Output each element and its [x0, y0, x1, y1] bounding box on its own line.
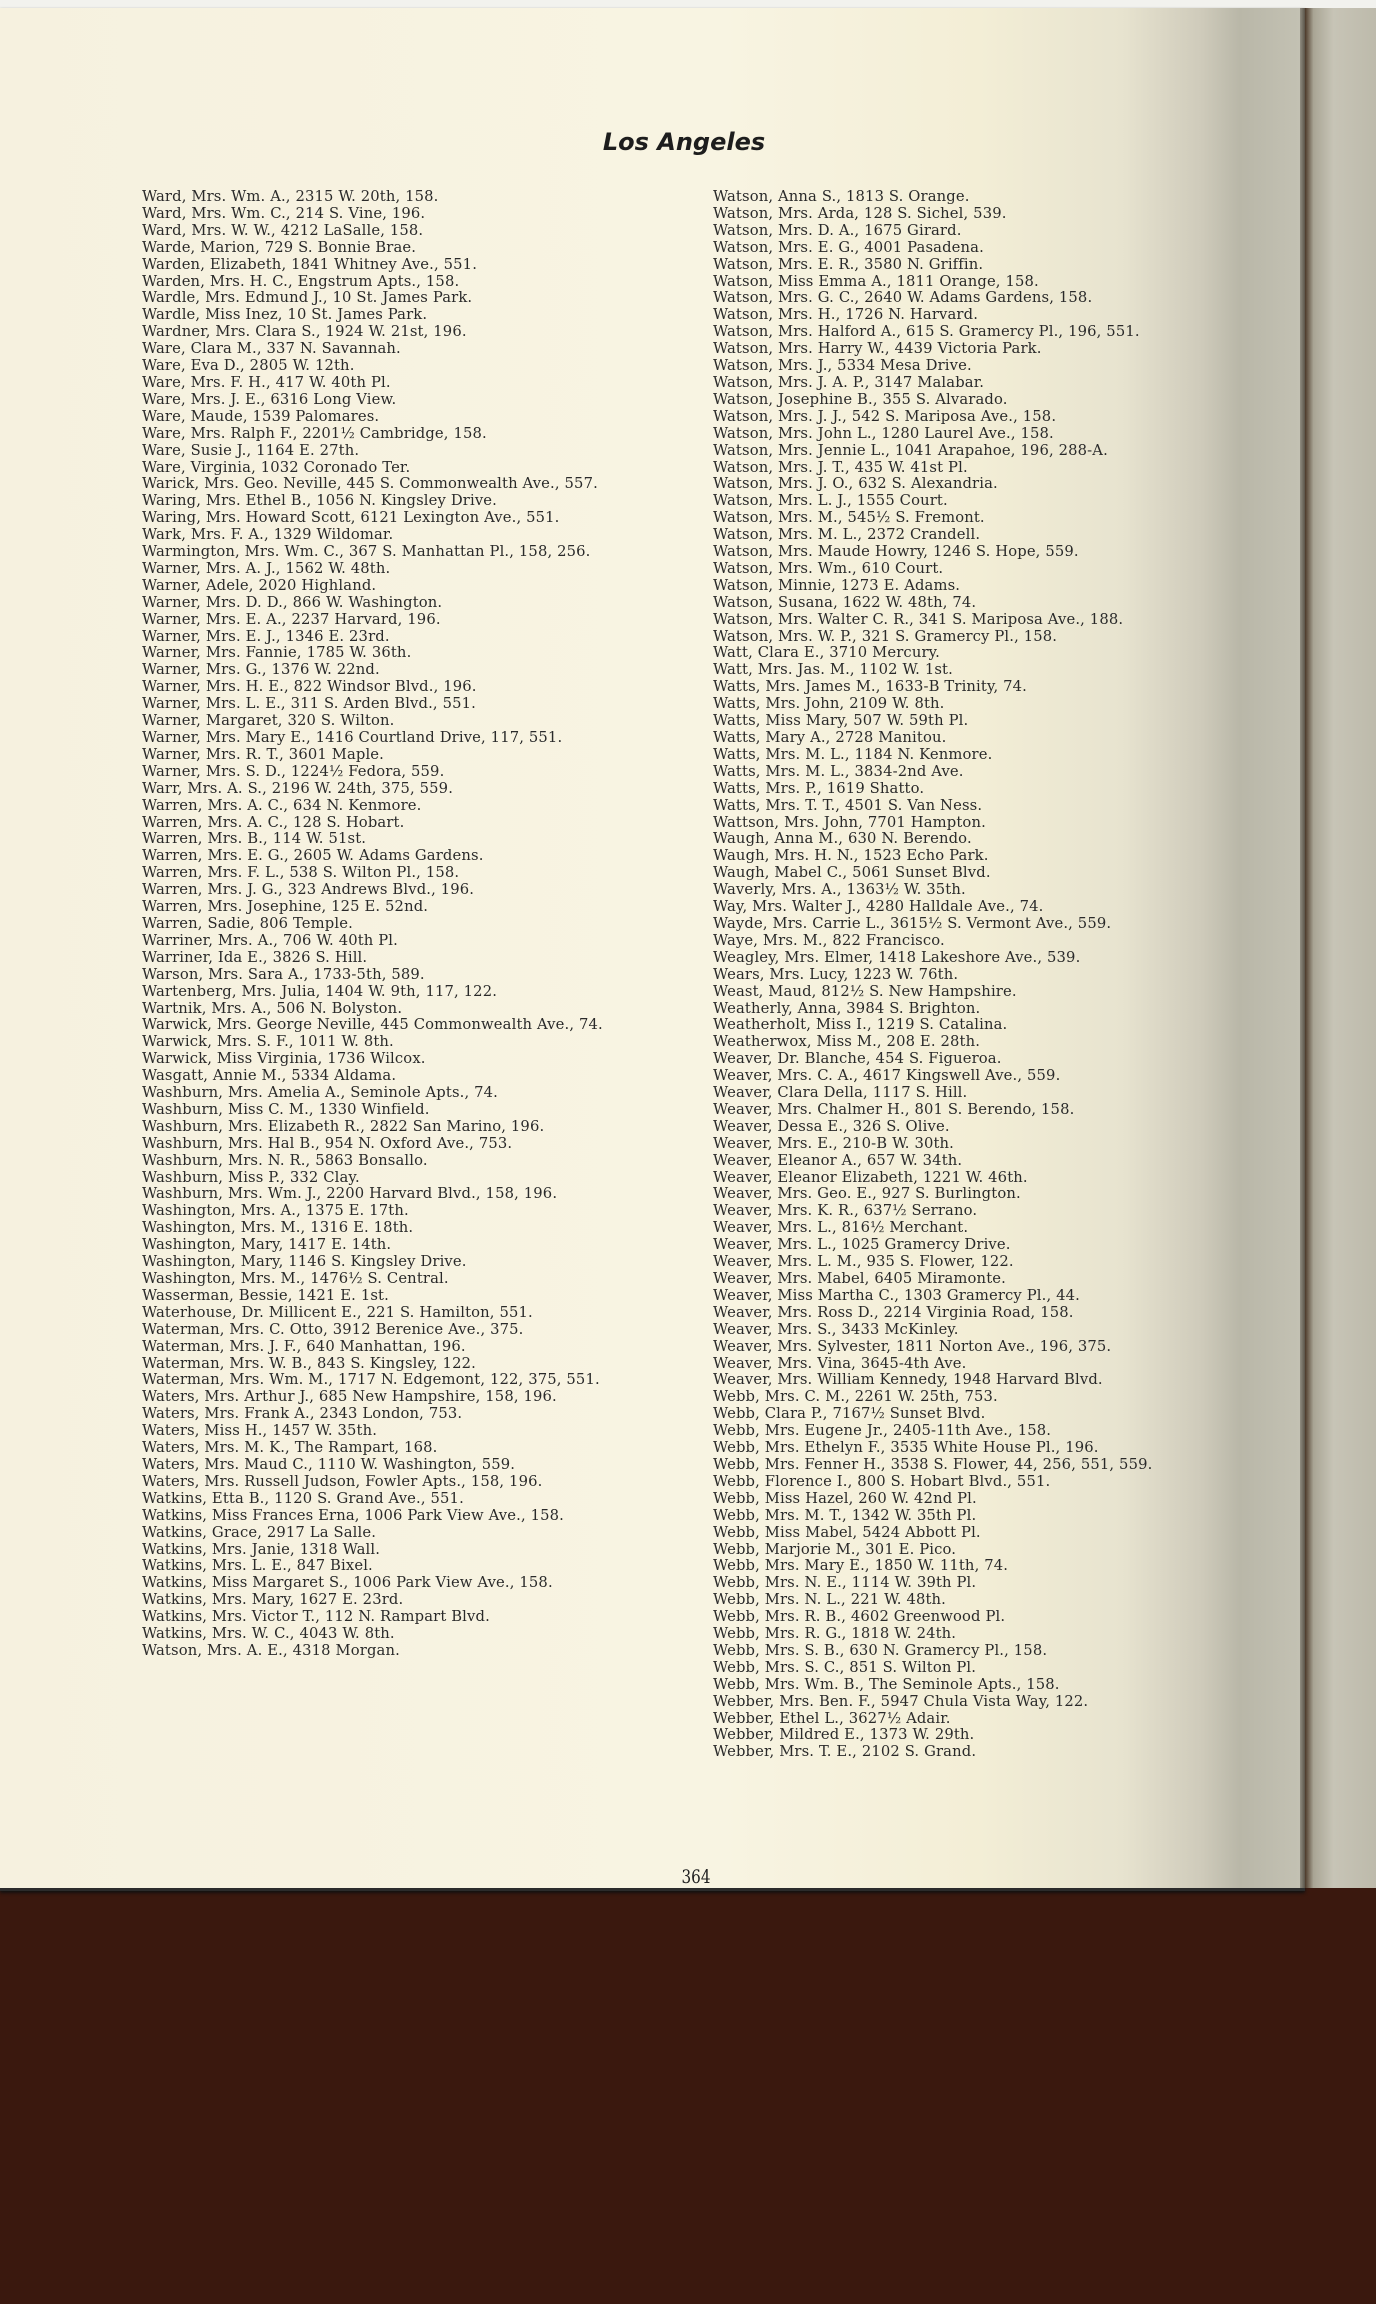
- directory-entry: Watson, Mrs. J. J., 542 S. Mariposa Ave.…: [713, 408, 1281, 425]
- directory-entry: Wardner, Mrs. Clara S., 1924 W. 21st, 19…: [142, 323, 691, 340]
- directory-entry: Way, Mrs. Walter J., 4280 Halldale Ave.,…: [713, 898, 1281, 915]
- directory-entry: Webb, Mrs. N. E., 1114 W. 39th Pl.: [713, 1574, 1281, 1591]
- directory-entry: Waters, Mrs. Russell Judson, Fowler Apts…: [142, 1473, 691, 1490]
- directory-entry: Watson, Miss Emma A., 1811 Orange, 158.: [713, 273, 1281, 290]
- directory-entry: Weaver, Mrs. L. M., 935 S. Flower, 122.: [713, 1253, 1281, 1270]
- directory-entry: Ware, Maude, 1539 Palomares.: [142, 408, 691, 425]
- directory-entry: Warmington, Mrs. Wm. C., 367 S. Manhatta…: [142, 543, 691, 560]
- directory-entry: Watson, Mrs. D. A., 1675 Girard.: [713, 222, 1281, 239]
- directory-entry: Warson, Mrs. Sara A., 1733-5th, 589.: [142, 966, 691, 983]
- directory-entry: Watts, Mary A., 2728 Manitou.: [713, 729, 1281, 746]
- directory-entry: Webb, Mrs. C. M., 2261 W. 25th, 753.: [713, 1388, 1281, 1405]
- facing-page-edge: [1305, 8, 1376, 1888]
- directory-entry: Webb, Mrs. Eugene Jr., 2405-11th Ave., 1…: [713, 1422, 1281, 1439]
- directory-entry: Webb, Mrs. S. C., 851 S. Wilton Pl.: [713, 1659, 1281, 1676]
- directory-entry: Warner, Mrs. G., 1376 W. 22nd.: [142, 661, 691, 678]
- directory-entry: Wasserman, Bessie, 1421 E. 1st.: [142, 1287, 691, 1304]
- directory-entry: Watkins, Grace, 2917 La Salle.: [142, 1524, 691, 1541]
- directory-entry: Warner, Mrs. Fannie, 1785 W. 36th.: [142, 644, 691, 661]
- directory-entry: Weaver, Mrs. Sylvester, 1811 Norton Ave.…: [713, 1338, 1281, 1355]
- directory-entry: Weaver, Clara Della, 1117 S. Hill.: [713, 1084, 1281, 1101]
- directory-entry: Watson, Mrs. Arda, 128 S. Sichel, 539.: [713, 205, 1281, 222]
- directory-entry: Watson, Mrs. Walter C. R., 341 S. Maripo…: [713, 611, 1281, 628]
- directory-entry: Webb, Mrs. M. T., 1342 W. 35th Pl.: [713, 1507, 1281, 1524]
- directory-entry: Wasgatt, Annie M., 5334 Aldama.: [142, 1067, 691, 1084]
- directory-entry: Watkins, Miss Margaret S., 1006 Park Vie…: [142, 1574, 691, 1591]
- directory-entry: Ware, Clara M., 337 N. Savannah.: [142, 340, 691, 357]
- directory-entry: Waterman, Mrs. C. Otto, 3912 Berenice Av…: [142, 1321, 691, 1338]
- directory-entry: Webb, Mrs. Wm. B., The Seminole Apts., 1…: [713, 1676, 1281, 1693]
- directory-entry: Watkins, Mrs. Janie, 1318 Wall.: [142, 1541, 691, 1558]
- directory-entry: Weaver, Mrs. Geo. E., 927 S. Burlington.: [713, 1185, 1281, 1202]
- directory-entry: Washington, Mrs. M., 1316 E. 18th.: [142, 1219, 691, 1236]
- directory-entry: Watson, Josephine B., 355 S. Alvarado.: [713, 391, 1281, 408]
- directory-entry: Webber, Mildred E., 1373 W. 29th.: [713, 1726, 1281, 1743]
- directory-entry: Watson, Mrs. G. C., 2640 W. Adams Garden…: [713, 289, 1281, 306]
- directory-entry: Webber, Mrs. Ben. F., 5947 Chula Vista W…: [713, 1693, 1281, 1710]
- directory-entry: Waye, Mrs. M., 822 Francisco.: [713, 932, 1281, 949]
- directory-entry: Warwick, Mrs. George Neville, 445 Common…: [142, 1016, 691, 1033]
- directory-entry: Waters, Mrs. Arthur J., 685 New Hampshir…: [142, 1388, 691, 1405]
- directory-entry: Webb, Mrs. Ethelyn F., 3535 White House …: [713, 1439, 1281, 1456]
- directory-entry: Watson, Mrs. Wm., 610 Court.: [713, 560, 1281, 577]
- directory-entry: Webb, Mrs. Fenner H., 3538 S. Flower, 44…: [713, 1456, 1281, 1473]
- directory-entry: Weaver, Dr. Blanche, 454 S. Figueroa.: [713, 1050, 1281, 1067]
- directory-entry: Washington, Mary, 1146 S. Kingsley Drive…: [142, 1253, 691, 1270]
- directory-entry: Weaver, Mrs. L., 1025 Gramercy Drive.: [713, 1236, 1281, 1253]
- directory-entry: Weaver, Mrs. Mabel, 6405 Miramonte.: [713, 1270, 1281, 1287]
- directory-entry: Ward, Mrs. W. W., 4212 LaSalle, 158.: [142, 222, 691, 239]
- directory-entry: Watts, Miss Mary, 507 W. 59th Pl.: [713, 712, 1281, 729]
- directory-entry: Washburn, Mrs. Amelia A., Seminole Apts.…: [142, 1084, 691, 1101]
- directory-entry: Washburn, Mrs. N. R., 5863 Bonsallo.: [142, 1152, 691, 1169]
- directory-entry: Warren, Mrs. A. C., 128 S. Hobart.: [142, 814, 691, 831]
- directory-entry: Weatherly, Anna, 3984 S. Brighton.: [713, 1000, 1281, 1017]
- directory-entry: Wattson, Mrs. John, 7701 Hampton.: [713, 814, 1281, 831]
- directory-entry: Watson, Mrs. Jennie L., 1041 Arapahoe, 1…: [713, 442, 1281, 459]
- directory-entry: Washington, Mrs. A., 1375 E. 17th.: [142, 1202, 691, 1219]
- directory-entry: Weaver, Mrs. E., 210-B W. 30th.: [713, 1135, 1281, 1152]
- directory-entry: Webb, Marjorie M., 301 E. Pico.: [713, 1541, 1281, 1558]
- directory-entry: Wayde, Mrs. Carrie L., 3615½ S. Vermont …: [713, 915, 1281, 932]
- directory-entry: Watson, Mrs. J. A. P., 3147 Malabar.: [713, 374, 1281, 391]
- directory-entry: Warriner, Ida E., 3826 S. Hill.: [142, 949, 691, 966]
- directory-entry: Washburn, Miss P., 332 Clay.: [142, 1169, 691, 1186]
- directory-entry: Ware, Mrs. F. H., 417 W. 40th Pl.: [142, 374, 691, 391]
- directory-entry: Waterman, Mrs. Wm. M., 1717 N. Edgemont,…: [142, 1371, 691, 1388]
- directory-entry: Webb, Mrs. S. B., 630 N. Gramercy Pl., 1…: [713, 1642, 1281, 1659]
- directory-entry: Warren, Mrs. F. L., 538 S. Wilton Pl., 1…: [142, 864, 691, 881]
- directory-entry: Watts, Mrs. James M., 1633-B Trinity, 74…: [713, 678, 1281, 695]
- directory-entry: Weaver, Mrs. C. A., 4617 Kingswell Ave.,…: [713, 1067, 1281, 1084]
- directory-entry: Weaver, Mrs. Chalmer H., 801 S. Berendo,…: [713, 1101, 1281, 1118]
- directory-entry: Watson, Mrs. H., 1726 N. Harvard.: [713, 306, 1281, 323]
- directory-entry: Warner, Mrs. E. J., 1346 E. 23rd.: [142, 628, 691, 645]
- directory-entry: Watts, Mrs. T. T., 4501 S. Van Ness.: [713, 797, 1281, 814]
- left-column: Ward, Mrs. Wm. A., 2315 W. 20th, 158.War…: [142, 188, 712, 1659]
- directory-entry: Watson, Mrs. M. L., 2372 Crandell.: [713, 526, 1281, 543]
- directory-entry: Wardle, Mrs. Edmund J., 10 St. James Par…: [142, 289, 691, 306]
- directory-entry: Washington, Mary, 1417 E. 14th.: [142, 1236, 691, 1253]
- directory-entry: Watts, Mrs. P., 1619 Shatto.: [713, 780, 1281, 797]
- directory-entry: Warner, Adele, 2020 Highland.: [142, 577, 691, 594]
- directory-entry: Waverly, Mrs. A., 1363½ W. 35th.: [713, 881, 1281, 898]
- directory-entry: Webb, Mrs. R. G., 1818 W. 24th.: [713, 1625, 1281, 1642]
- directory-entry: Warick, Mrs. Geo. Neville, 445 S. Common…: [142, 475, 691, 492]
- directory-entry: Waters, Mrs. M. K., The Rampart, 168.: [142, 1439, 691, 1456]
- directory-entry: Watts, Mrs. M. L., 3834-2nd Ave.: [713, 763, 1281, 780]
- directory-entry: Waterman, Mrs. J. F., 640 Manhattan, 196…: [142, 1338, 691, 1355]
- page-header: Los Angeles: [0, 128, 1376, 156]
- directory-entry: Watkins, Mrs. Mary, 1627 E. 23rd.: [142, 1591, 691, 1608]
- directory-entry: Watson, Mrs. A. E., 4318 Morgan.: [142, 1642, 691, 1659]
- directory-entry: Waring, Mrs. Howard Scott, 6121 Lexingto…: [142, 509, 691, 526]
- directory-entry: Warner, Mrs. H. E., 822 Windsor Blvd., 1…: [142, 678, 691, 695]
- directory-entry: Warren, Mrs. Josephine, 125 E. 52nd.: [142, 898, 691, 915]
- directory-entry: Weaver, Mrs. Vina, 3645-4th Ave.: [713, 1355, 1281, 1372]
- directory-entry: Webb, Miss Mabel, 5424 Abbott Pl.: [713, 1524, 1281, 1541]
- directory-entry: Ward, Mrs. Wm. A., 2315 W. 20th, 158.: [142, 188, 691, 205]
- directory-entry: Watson, Mrs. E. G., 4001 Pasadena.: [713, 239, 1281, 256]
- directory-entry: Warner, Mrs. D. D., 866 W. Washington.: [142, 594, 691, 611]
- directory-entry: Watson, Mrs. Maude Howry, 1246 S. Hope, …: [713, 543, 1281, 560]
- directory-entry: Weaver, Mrs. K. R., 637½ Serrano.: [713, 1202, 1281, 1219]
- directory-entry: Watts, Mrs. M. L., 1184 N. Kenmore.: [713, 746, 1281, 763]
- directory-entry: Watson, Mrs. L. J., 1555 Court.: [713, 492, 1281, 509]
- directory-entry: Wartnik, Mrs. A., 506 N. Bolyston.: [142, 1000, 691, 1017]
- directory-entry: Washburn, Miss C. M., 1330 Winfield.: [142, 1101, 691, 1118]
- directory-entry: Watson, Mrs. Harry W., 4439 Victoria Par…: [713, 340, 1281, 357]
- directory-entry: Weaver, Eleanor Elizabeth, 1221 W. 46th.: [713, 1169, 1281, 1186]
- directory-entry: Watson, Mrs. J. T., 435 W. 41st Pl.: [713, 459, 1281, 476]
- directory-entry: Webb, Mrs. N. L., 221 W. 48th.: [713, 1591, 1281, 1608]
- directory-entry: Webb, Mrs. R. B., 4602 Greenwood Pl.: [713, 1608, 1281, 1625]
- directory-entry: Weaver, Mrs. S., 3433 McKinley.: [713, 1321, 1281, 1338]
- directory-entry: Warner, Mrs. S. D., 1224½ Fedora, 559.: [142, 763, 691, 780]
- directory-entry: Wartenberg, Mrs. Julia, 1404 W. 9th, 117…: [142, 983, 691, 1000]
- directory-entry: Weaver, Mrs. Ross D., 2214 Virginia Road…: [713, 1304, 1281, 1321]
- directory-entry: Warden, Elizabeth, 1841 Whitney Ave., 55…: [142, 256, 691, 273]
- directory-entry: Washburn, Mrs. Elizabeth R., 2822 San Ma…: [142, 1118, 691, 1135]
- directory-entry: Weagley, Mrs. Elmer, 1418 Lakeshore Ave.…: [713, 949, 1281, 966]
- directory-entry: Waugh, Mabel C., 5061 Sunset Blvd.: [713, 864, 1281, 881]
- directory-entry: Warren, Mrs. A. C., 634 N. Kenmore.: [142, 797, 691, 814]
- directory-entry: Watkins, Mrs. W. C., 4043 W. 8th.: [142, 1625, 691, 1642]
- directory-entry: Weaver, Dessa E., 326 S. Olive.: [713, 1118, 1281, 1135]
- directory-entry: Weaver, Mrs. L., 816½ Merchant.: [713, 1219, 1281, 1236]
- directory-entry: Waters, Mrs. Maud C., 1110 W. Washington…: [142, 1456, 691, 1473]
- right-column: Watson, Anna S., 1813 S. Orange.Watson, …: [713, 188, 1283, 1760]
- directory-entry: Waterhouse, Dr. Millicent E., 221 S. Ham…: [142, 1304, 691, 1321]
- directory-entry: Watson, Mrs. J. O., 632 S. Alexandria.: [713, 475, 1281, 492]
- directory-entry: Watson, Anna S., 1813 S. Orange.: [713, 188, 1281, 205]
- directory-entry: Watkins, Etta B., 1120 S. Grand Ave., 55…: [142, 1490, 691, 1507]
- directory-entry: Watkins, Mrs. Victor T., 112 N. Rampart …: [142, 1608, 691, 1625]
- directory-entry: Warr, Mrs. A. S., 2196 W. 24th, 375, 559…: [142, 780, 691, 797]
- directory-entry: Warren, Sadie, 806 Temple.: [142, 915, 691, 932]
- directory-entry: Weaver, Eleanor A., 657 W. 34th.: [713, 1152, 1281, 1169]
- directory-entry: Washburn, Mrs. Hal B., 954 N. Oxford Ave…: [142, 1135, 691, 1152]
- directory-entry: Ward, Mrs. Wm. C., 214 S. Vine, 196.: [142, 205, 691, 222]
- directory-entry: Ware, Eva D., 2805 W. 12th.: [142, 357, 691, 374]
- directory-entry: Ware, Mrs. Ralph F., 2201½ Cambridge, 15…: [142, 425, 691, 442]
- directory-entry: Warner, Mrs. A. J., 1562 W. 48th.: [142, 560, 691, 577]
- directory-entry: Watkins, Mrs. L. E., 847 Bixel.: [142, 1557, 691, 1574]
- directory-entry: Watson, Mrs. W. P., 321 S. Gramercy Pl.,…: [713, 628, 1281, 645]
- directory-entry: Weaver, Miss Martha C., 1303 Gramercy Pl…: [713, 1287, 1281, 1304]
- directory-entry: Wears, Mrs. Lucy, 1223 W. 76th.: [713, 966, 1281, 983]
- directory-entry: Ware, Mrs. J. E., 6316 Long View.: [142, 391, 691, 408]
- directory-entry: Weatherwox, Miss M., 208 E. 28th.: [713, 1033, 1281, 1050]
- directory-entry: Watt, Clara E., 3710 Mercury.: [713, 644, 1281, 661]
- directory-entry: Weast, Maud, 812½ S. New Hampshire.: [713, 983, 1281, 1000]
- directory-entry: Watt, Mrs. Jas. M., 1102 W. 1st.: [713, 661, 1281, 678]
- directory-entry: Washington, Mrs. M., 1476½ S. Central.: [142, 1270, 691, 1287]
- directory-entry: Watson, Mrs. E. R., 3580 N. Griffin.: [713, 256, 1281, 273]
- directory-entry: Waters, Miss H., 1457 W. 35th.: [142, 1422, 691, 1439]
- page-title: Los Angeles: [603, 128, 765, 156]
- directory-entry: Warner, Mrs. E. A., 2237 Harvard, 196.: [142, 611, 691, 628]
- directory-entry: Wark, Mrs. F. A., 1329 Wildomar.: [142, 526, 691, 543]
- directory-entry: Watts, Mrs. John, 2109 W. 8th.: [713, 695, 1281, 712]
- directory-entry: Webber, Mrs. T. E., 2102 S. Grand.: [713, 1743, 1281, 1760]
- directory-entry: Webb, Miss Hazel, 260 W. 42nd Pl.: [713, 1490, 1281, 1507]
- directory-entry: Watson, Mrs. Halford A., 615 S. Gramercy…: [713, 323, 1281, 340]
- directory-entry: Watson, Susana, 1622 W. 48th, 74.: [713, 594, 1281, 611]
- directory-entry: Warner, Margaret, 320 S. Wilton.: [142, 712, 691, 729]
- directory-entry: Waterman, Mrs. W. B., 843 S. Kingsley, 1…: [142, 1355, 691, 1372]
- directory-entry: Weaver, Mrs. William Kennedy, 1948 Harva…: [713, 1371, 1281, 1388]
- directory-entry: Webb, Mrs. Mary E., 1850 W. 11th, 74.: [713, 1557, 1281, 1574]
- directory-entry: Watson, Minnie, 1273 E. Adams.: [713, 577, 1281, 594]
- directory-entry: Waring, Mrs. Ethel B., 1056 N. Kingsley …: [142, 492, 691, 509]
- directory-entry: Waugh, Anna M., 630 N. Berendo.: [713, 830, 1281, 847]
- page-number: 364: [138, 1866, 1239, 1888]
- directory-entry: Warden, Mrs. H. C., Engstrum Apts., 158.: [142, 273, 691, 290]
- directory-entry: Watson, Mrs. John L., 1280 Laurel Ave., …: [713, 425, 1281, 442]
- directory-entry: Washburn, Mrs. Wm. J., 2200 Harvard Blvd…: [142, 1185, 691, 1202]
- directory-entry: Watson, Mrs. M., 545½ S. Fremont.: [713, 509, 1281, 526]
- directory-entry: Warner, Mrs. Mary E., 1416 Courtland Dri…: [142, 729, 691, 746]
- directory-entry: Ware, Susie J., 1164 E. 27th.: [142, 442, 691, 459]
- directory-entry: Waters, Mrs. Frank A., 2343 London, 753.: [142, 1405, 691, 1422]
- directory-entry: Watkins, Miss Frances Erna, 1006 Park Vi…: [142, 1507, 691, 1524]
- directory-entry: Watson, Mrs. J., 5334 Mesa Drive.: [713, 357, 1281, 374]
- directory-entry: Webber, Ethel L., 3627½ Adair.: [713, 1710, 1281, 1727]
- directory-entry: Webb, Clara P., 7167½ Sunset Blvd.: [713, 1405, 1281, 1422]
- directory-entry: Warren, Mrs. J. G., 323 Andrews Blvd., 1…: [142, 881, 691, 898]
- directory-entry: Warriner, Mrs. A., 706 W. 40th Pl.: [142, 932, 691, 949]
- directory-entry: Warde, Marion, 729 S. Bonnie Brae.: [142, 239, 691, 256]
- directory-entry: Warner, Mrs. R. T., 3601 Maple.: [142, 746, 691, 763]
- directory-entry: Warner, Mrs. L. E., 311 S. Arden Blvd., …: [142, 695, 691, 712]
- directory-entry: Webb, Florence I., 800 S. Hobart Blvd., …: [713, 1473, 1281, 1490]
- directory-entry: Weatherholt, Miss I., 1219 S. Catalina.: [713, 1016, 1281, 1033]
- directory-entry: Ware, Virginia, 1032 Coronado Ter.: [142, 459, 691, 476]
- directory-entry: Wardle, Miss Inez, 10 St. James Park.: [142, 306, 691, 323]
- directory-entry: Warwick, Miss Virginia, 1736 Wilcox.: [142, 1050, 691, 1067]
- directory-entry: Warwick, Mrs. S. F., 1011 W. 8th.: [142, 1033, 691, 1050]
- directory-entry: Warren, Mrs. B., 114 W. 51st.: [142, 830, 691, 847]
- directory-entry: Waugh, Mrs. H. N., 1523 Echo Park.: [713, 847, 1281, 864]
- directory-entry: Warren, Mrs. E. G., 2605 W. Adams Garden…: [142, 847, 691, 864]
